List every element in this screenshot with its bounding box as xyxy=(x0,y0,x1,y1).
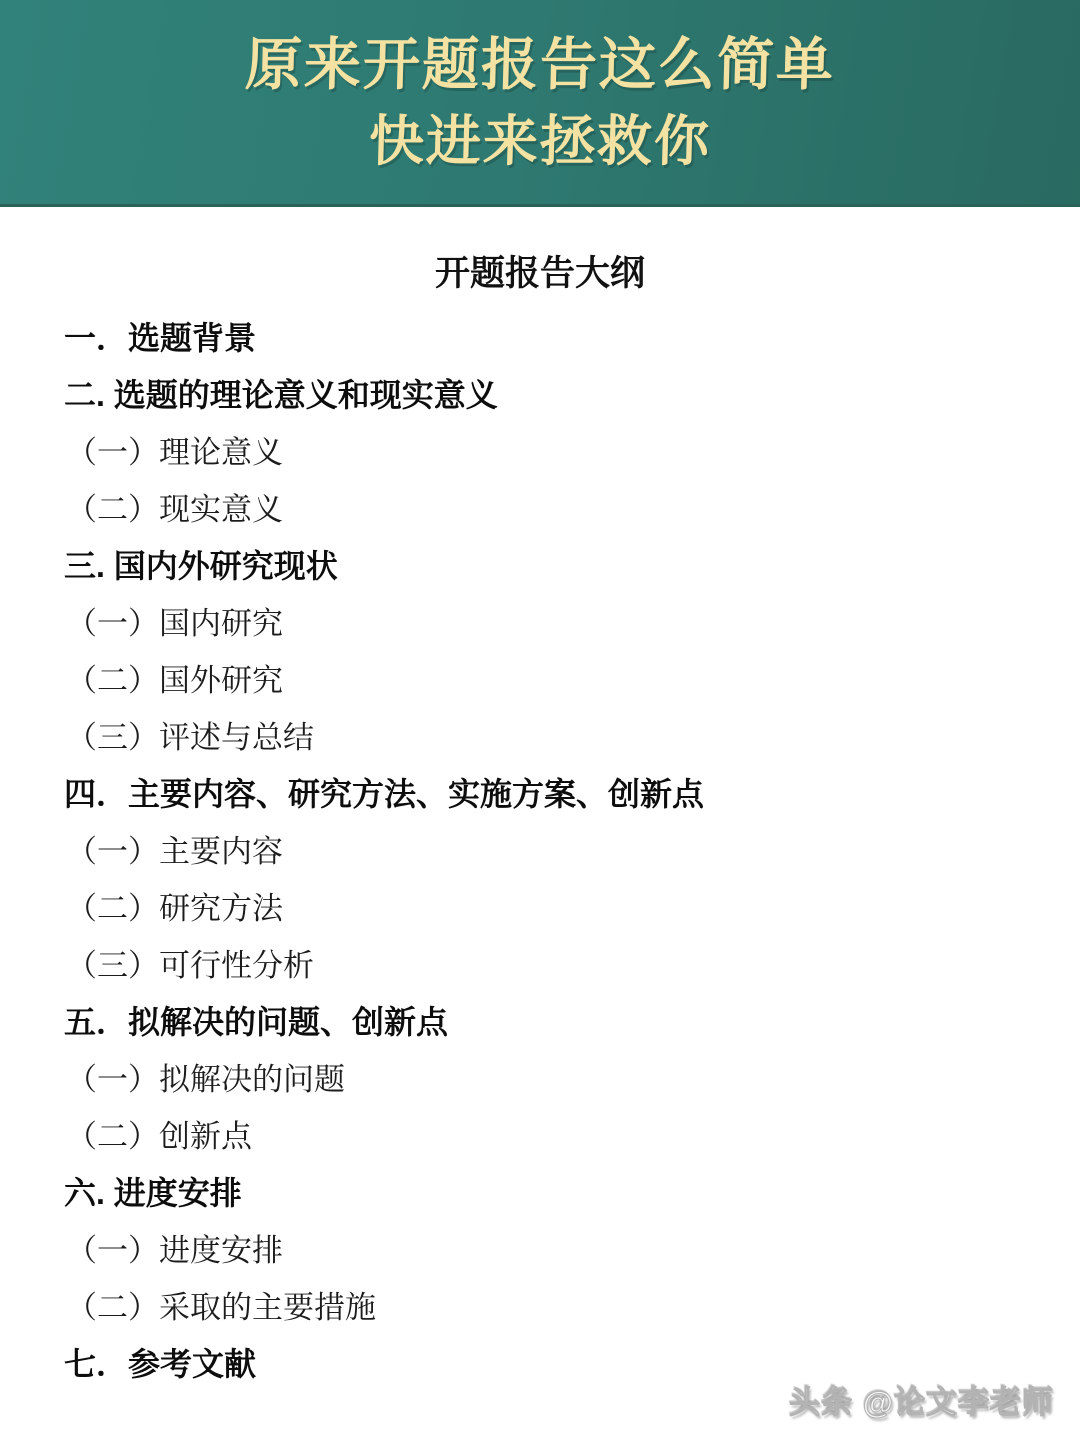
watermark: 头条 @论文李老师 xyxy=(789,1377,1054,1422)
outline-item-2: 二. 选题的理论意义和现实意义 xyxy=(0,367,1080,424)
outline-item-3-2: （二）国外研究 xyxy=(0,652,1080,709)
outline-list: 一．选题背景 二. 选题的理论意义和现实意义 （一）理论意义 （二）现实意义 三… xyxy=(0,310,1080,1393)
outline-title: 开题报告大纲 xyxy=(0,253,1080,295)
outline-item-4-2: （二）研究方法 xyxy=(0,880,1080,937)
outline-item-2-2: （二）现实意义 xyxy=(0,481,1080,538)
header-banner: 原来开题报告这么简单 快进来拯救你 xyxy=(0,0,1080,207)
outline-item-5-2: （二）创新点 xyxy=(0,1108,1080,1165)
outline-item-1: 一．选题背景 xyxy=(0,310,1080,367)
outline-item-5: 五．拟解决的问题、创新点 xyxy=(0,994,1080,1051)
outline-item-4-3: （三）可行性分析 xyxy=(0,937,1080,994)
outline-item-6: 六. 进度安排 xyxy=(0,1165,1080,1222)
outline-item-3-1: （一）国内研究 xyxy=(0,595,1080,652)
banner-title-line2: 快进来拯救你 xyxy=(368,111,712,171)
outline-item-3: 三. 国内外研究现状 xyxy=(0,538,1080,595)
outline-item-4: 四．主要内容、研究方法、实施方案、创新点 xyxy=(0,766,1080,823)
outline-item-4-1: （一）主要内容 xyxy=(0,823,1080,880)
outline-section: 开题报告大纲 一．选题背景 二. 选题的理论意义和现实意义 （一）理论意义 （二… xyxy=(0,253,1080,1393)
banner-title-line1: 原来开题报告这么简单 xyxy=(244,33,836,97)
outline-item-6-1: （一）进度安排 xyxy=(0,1222,1080,1279)
outline-item-3-3: （三）评述与总结 xyxy=(0,709,1080,766)
outline-item-6-2: （二）采取的主要措施 xyxy=(0,1279,1080,1336)
watermark-text: 头条 @论文李老师 xyxy=(789,1385,1054,1420)
outline-item-2-1: （一）理论意义 xyxy=(0,424,1080,481)
page: 原来开题报告这么简单 快进来拯救你 开题报告大纲 一．选题背景 二. 选题的理论… xyxy=(0,0,1080,1440)
outline-item-5-1: （一）拟解决的问题 xyxy=(0,1051,1080,1108)
